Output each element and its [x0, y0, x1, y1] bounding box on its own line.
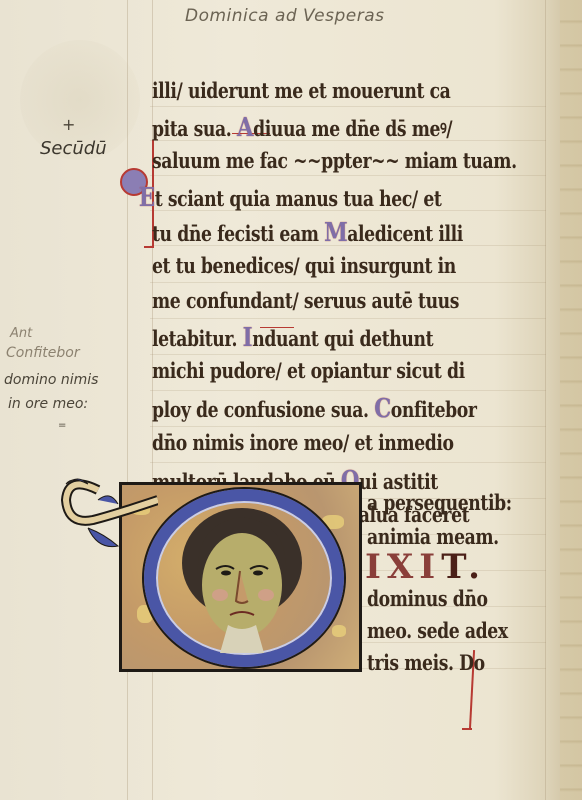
ruling-line — [150, 282, 546, 283]
initial-e: E — [139, 183, 155, 213]
text-line: ploy de confusione sua. Confitebor — [152, 394, 477, 422]
initial-a: A — [237, 113, 253, 143]
initial-m: M — [324, 218, 347, 248]
text-line: Et sciant quia manus tua hec/ et — [152, 183, 441, 211]
initial-c: C — [374, 394, 391, 424]
ruling-line — [150, 462, 546, 463]
margin-note-mark: = — [58, 420, 66, 431]
text-line: tris meis. Do — [367, 650, 485, 678]
rubric-dixit: IXIT. — [365, 547, 486, 587]
ruling-line — [150, 390, 546, 391]
red-flourish — [144, 246, 154, 248]
text-line: tu dn̄e fecisti eam Maledicent illi — [152, 218, 463, 246]
text-line: me confundant/ seruus autē tuus — [152, 288, 459, 316]
margin-note-in-ore: in ore meo: — [8, 396, 88, 412]
manuscript-page: Dominica ad Vesperas + Secūdū Ant Confit… — [0, 0, 582, 800]
ruling-line — [127, 0, 128, 800]
text-line: letabitur. Induant qui dethunt — [152, 323, 433, 351]
text-line: dominus dn̄o — [367, 586, 488, 614]
text-line: meo. sede adex — [367, 618, 508, 646]
ruling-line — [150, 106, 546, 107]
margin-note-confitebor: Confitebor — [6, 345, 80, 361]
margin-note-domino: domino nimis — [4, 372, 98, 388]
running-header: Dominica ad Vesperas — [185, 6, 385, 26]
margin-cross: + — [62, 115, 75, 134]
gold-leaf — [332, 625, 346, 637]
ruling-line — [150, 318, 546, 319]
text-line: et tu benedices/ qui insurgunt in — [152, 253, 456, 281]
portrait-head-icon — [180, 503, 304, 653]
page-edge-stack — [560, 0, 582, 800]
ruling-line — [545, 0, 546, 800]
text-line: dn̄o nimis inore meo/ et inmedio — [152, 430, 454, 458]
foliate-scroll-icon — [58, 470, 158, 560]
text-line: michi pudore/ et opiantur sicut di — [152, 358, 465, 386]
ruling-line — [150, 354, 546, 355]
margin-note-secundum: Secūdū — [40, 138, 107, 159]
text-line: a persequentib: — [367, 490, 512, 518]
margin-note-ant: Ant — [10, 326, 32, 341]
text-line: saluum me fac ~~ppter~~ miam tuam. — [152, 148, 517, 176]
red-flourish — [462, 728, 472, 730]
ruling-line — [150, 426, 546, 427]
initial-i: I — [243, 323, 253, 353]
text-line: illi/ uiderunt me et mouerunt ca — [152, 78, 450, 106]
text-line: pita sua. Adiuua me dn̄e ds̄ meꝰ/ — [152, 113, 452, 141]
